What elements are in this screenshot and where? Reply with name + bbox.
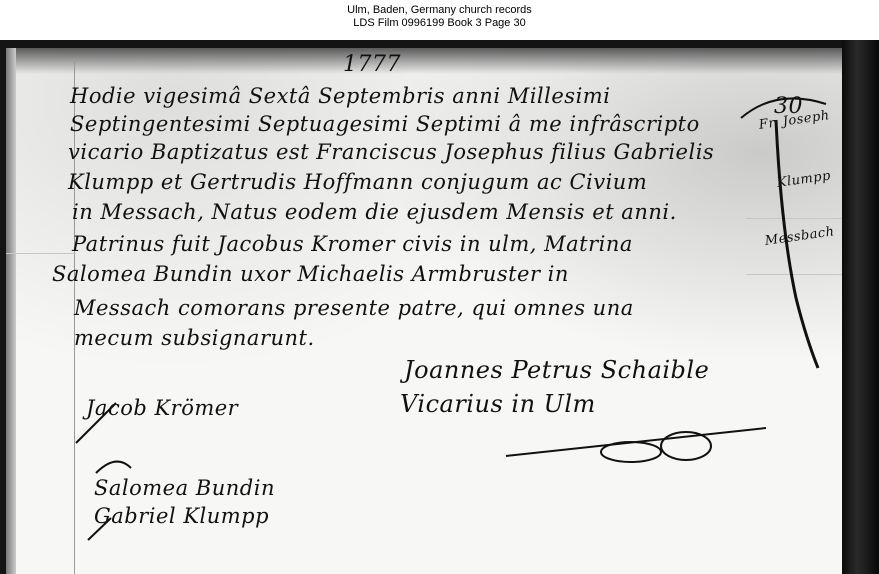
register-page: 1777 30 Hodie vigesimâ Sextâ Septembris … [6, 48, 842, 574]
scanned-record-image: 1777 30 Hodie vigesimâ Sextâ Septembris … [0, 40, 879, 574]
caption-film-reference: LDS Film 0996199 Book 3 Page 30 [0, 17, 879, 30]
pen-strokes [6, 48, 842, 574]
book-binding-edge [842, 40, 879, 574]
image-caption: Ulm, Baden, Germany church records LDS F… [0, 4, 879, 30]
caption-title: Ulm, Baden, Germany church records [0, 4, 879, 17]
